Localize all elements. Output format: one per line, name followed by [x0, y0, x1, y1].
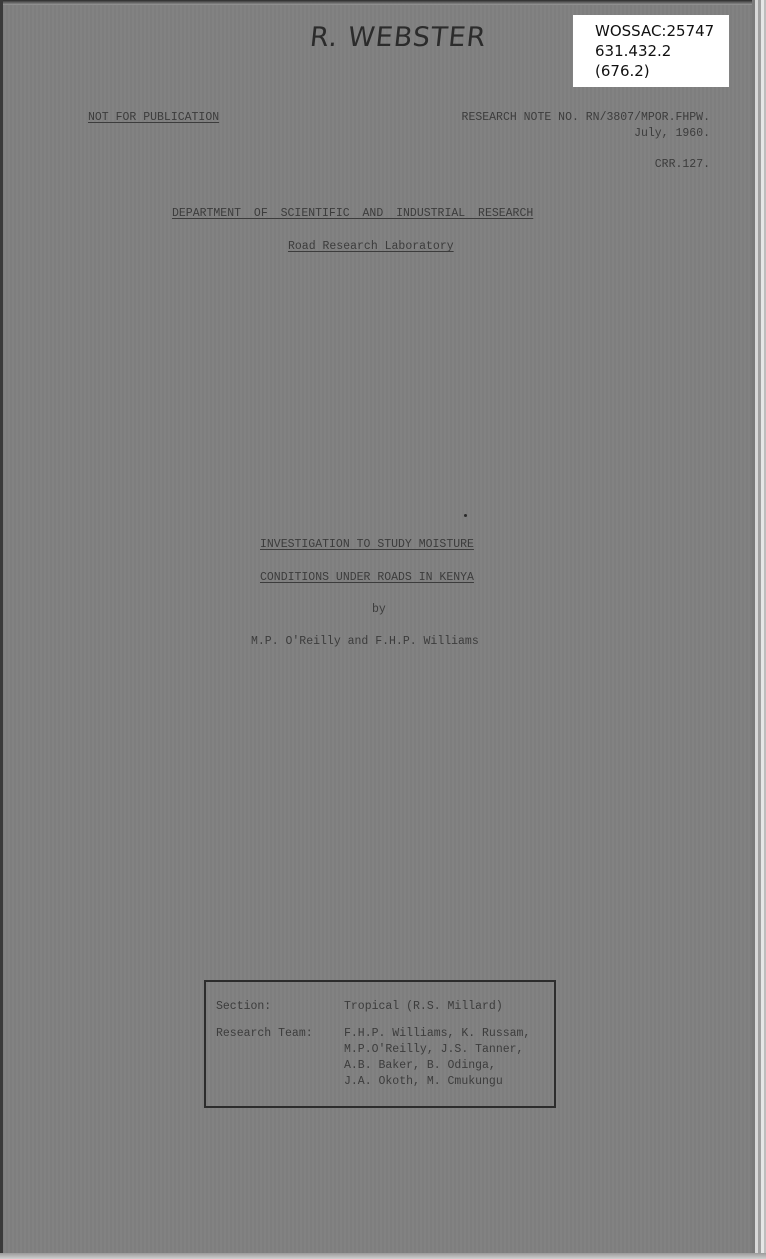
catalogue-label-line1: WOSSAC:25747 [595, 21, 729, 41]
page-left-edge [0, 0, 3, 1259]
handwritten-name: R. WEBSTER [308, 22, 487, 53]
research-team-line: M.P.O'Reilly, J.S. Tanner, [344, 1043, 523, 1056]
research-team-line: A.B. Baker, B. Odinga, [344, 1059, 496, 1072]
catalogue-label: WOSSAC:25747 631.432.2 (676.2) [573, 15, 729, 87]
laboratory-heading: Road Research Laboratory [288, 240, 454, 253]
restriction-notice: NOT FOR PUBLICATION [88, 111, 219, 124]
catalogue-label-line3: (676.2) [595, 61, 729, 81]
research-team-line: J.A. Okoth, M. Cmukungu [344, 1075, 503, 1088]
title-line-1: INVESTIGATION TO STUDY MOISTURE [260, 538, 474, 551]
document-page: R. WEBSTER WOSSAC:25747 631.432.2 (676.2… [0, 0, 766, 1259]
section-value: Tropical (R.S. Millard) [344, 1000, 503, 1013]
section-label: Section: [216, 1000, 271, 1013]
research-team-line: F.H.P. Williams, K. Russam, [344, 1027, 530, 1040]
catalogue-label-line2: 631.432.2 [595, 41, 729, 61]
by-label: by [372, 603, 386, 616]
page-top-edge [0, 0, 766, 5]
authors: M.P. O'Reilly and F.H.P. Williams [251, 635, 479, 648]
document-date: July, 1960. [634, 127, 710, 140]
page-bottom-edge [0, 1253, 766, 1259]
title-line-2: CONDITIONS UNDER ROADS IN KENYA [260, 571, 474, 584]
research-team-label: Research Team: [216, 1027, 313, 1040]
ink-mark [464, 514, 467, 517]
research-note-number: RESEARCH NOTE NO. RN/3807/MPOR.FHPW. [462, 111, 710, 124]
section-info-box: Section: Tropical (R.S. Millard) Researc… [204, 980, 556, 1108]
page-right-edge [752, 0, 766, 1259]
department-heading: DEPARTMENT OF SCIENTIFIC AND INDUSTRIAL … [172, 207, 533, 220]
reference-code: CRR.127. [655, 158, 710, 171]
